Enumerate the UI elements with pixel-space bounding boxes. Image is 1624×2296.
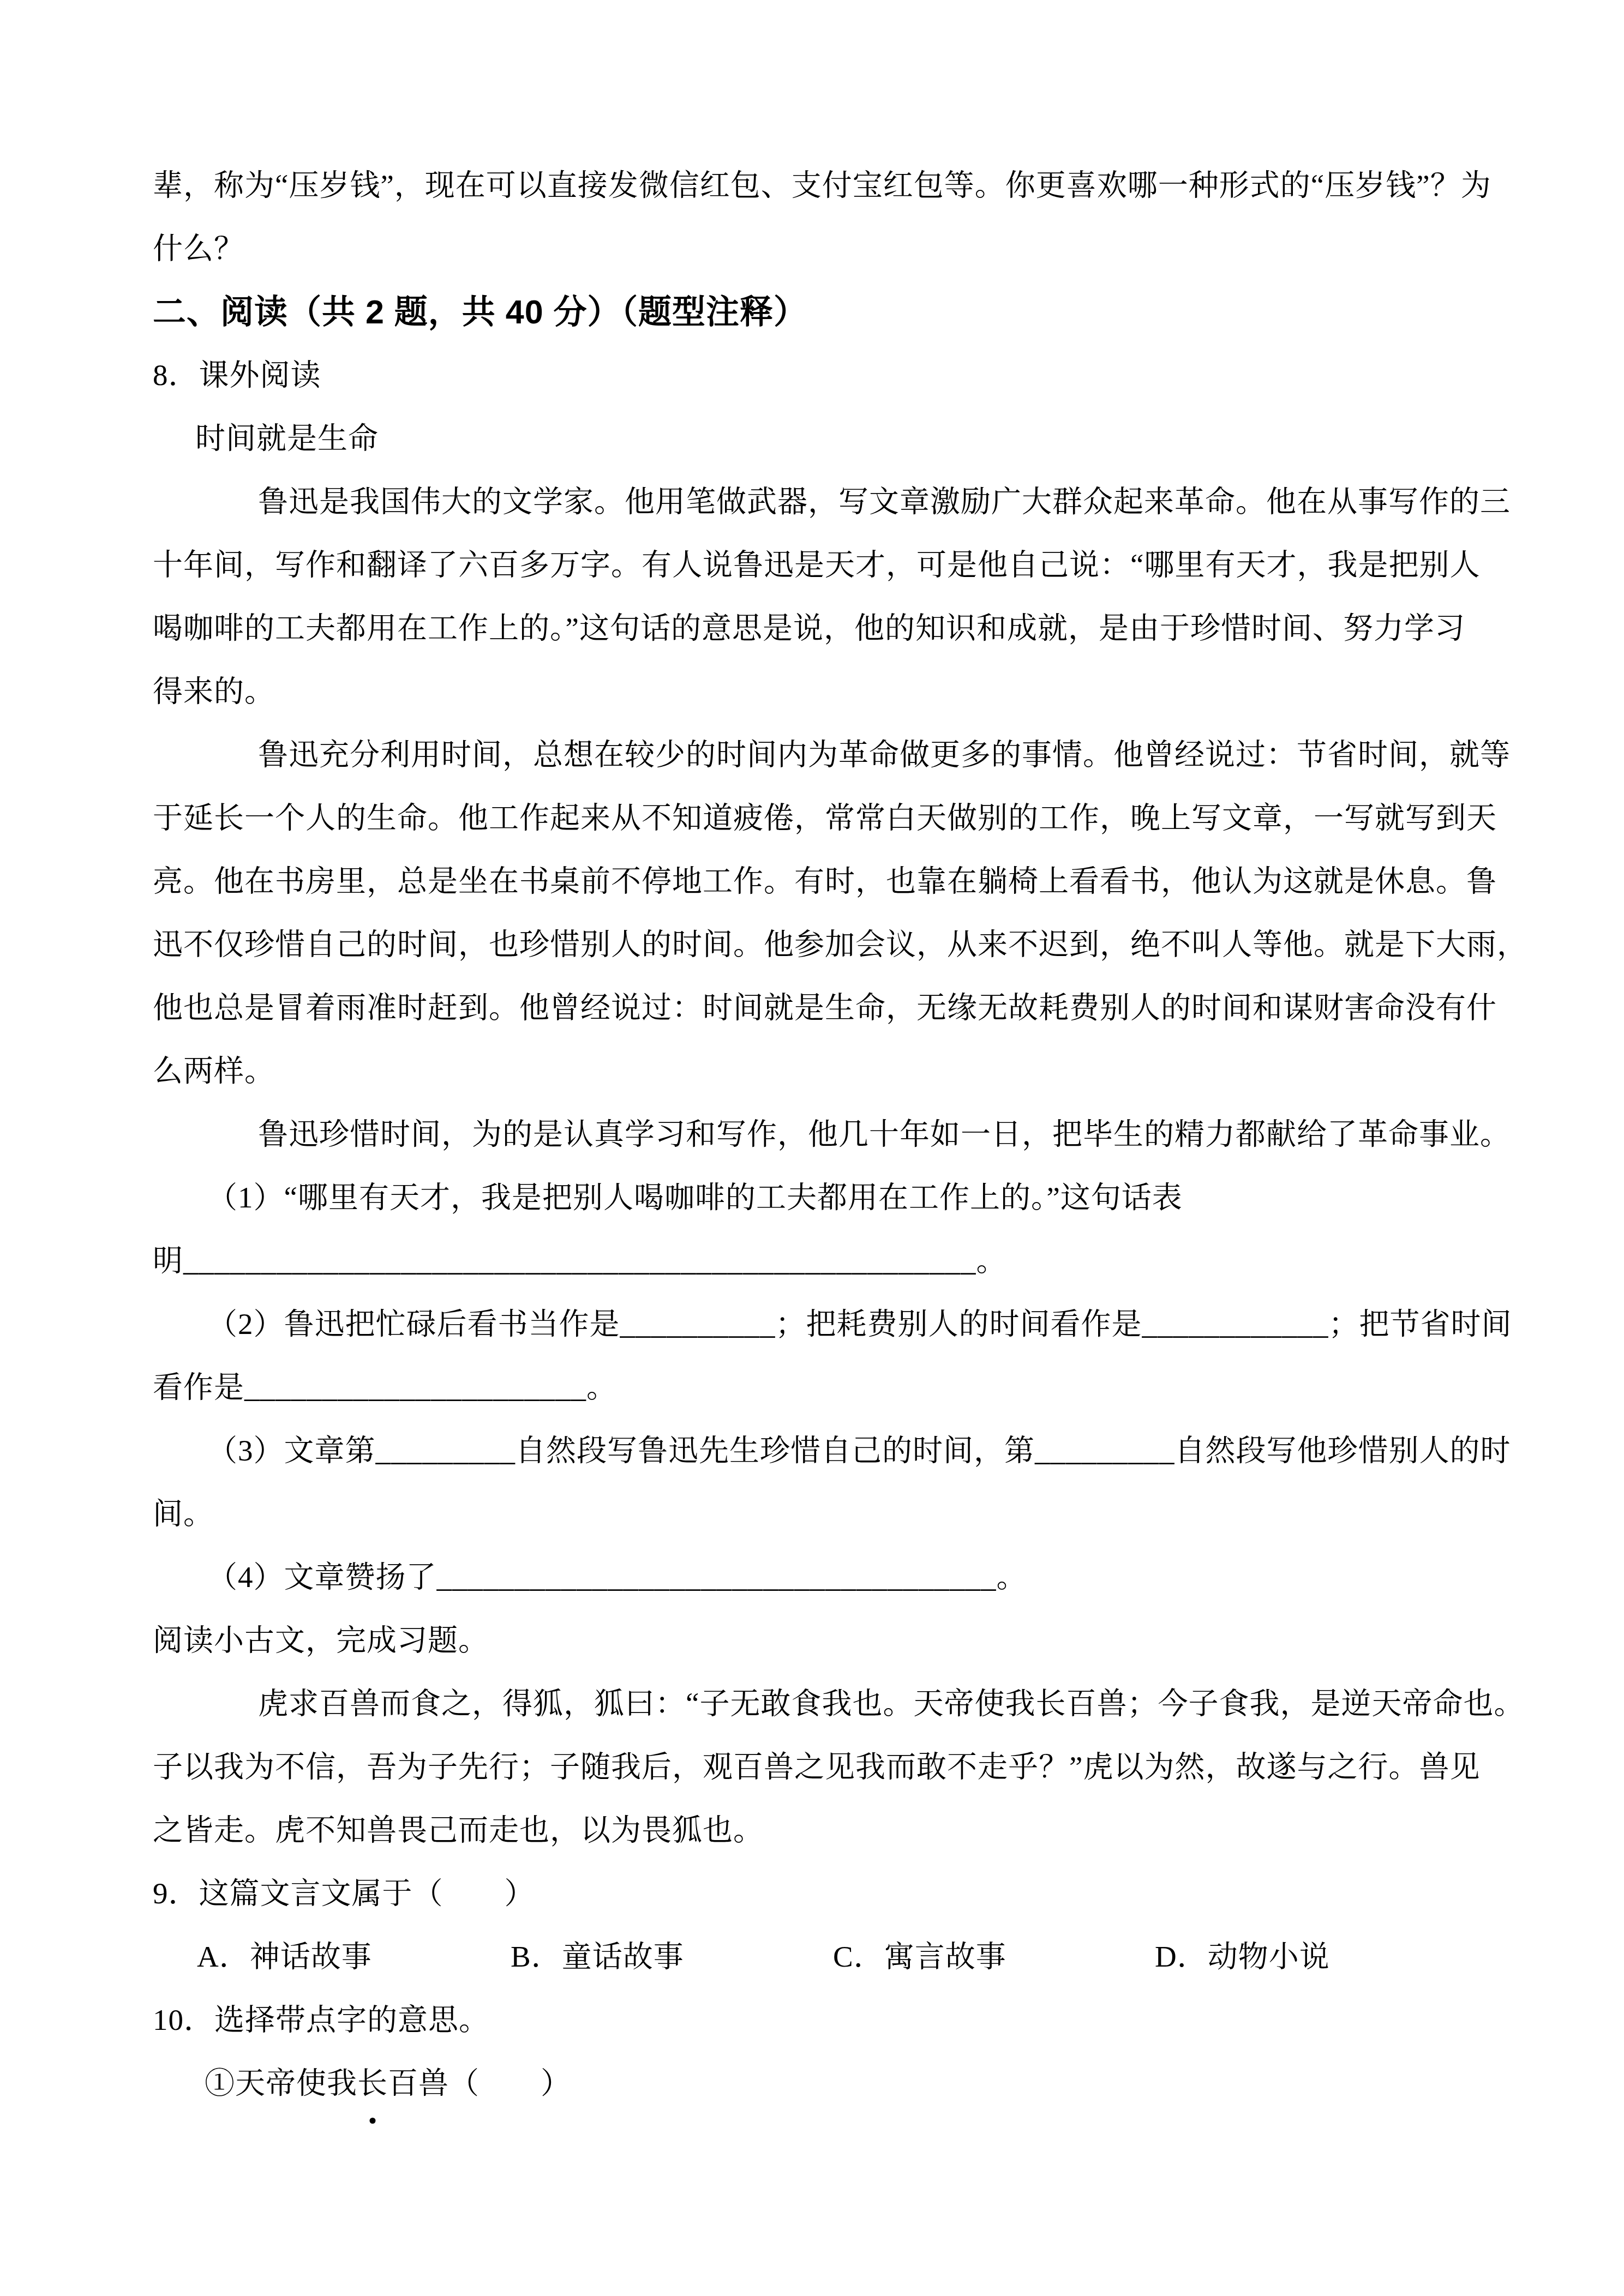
passage-line: 于延长一个人的生命。他工作起来从不知道疲倦，常常白天做别的工作，晚上写文章，一写… [153,786,1500,850]
document-page: 辈，称为“压岁钱”，现在可以直接发微信红包、支付宝红包等。你更喜欢哪一种形式的“… [153,154,1500,2115]
passage-line: 鲁迅充分利用时间，总想在较少的时间内为革命做更多的事情。他曾经说过：节省时间，就… [153,723,1500,786]
classical-passage-line: 虎求百兽而食之，得狐，狐曰：“子无敢食我也。天帝使我长百兽；今子食我，是逆天帝命… [153,1672,1500,1735]
passage-line: 亮。他在书房里，总是坐在书桌前不停地工作。有时，也靠在躺椅上看看书，他认为这就是… [153,850,1500,913]
question-2-line: （2）鲁迅把忙碌后看书当作是__________；把耗费别人的时间看作是____… [153,1293,1500,1356]
item-text-suffix: 百兽（ ） [388,2066,571,2100]
option-c: C．寓言故事 [833,1925,1006,1988]
intro-text-line: 什么？ [153,217,1500,280]
intro-text-line: 辈，称为“压岁钱”，现在可以直接发微信红包、支付宝红包等。你更喜欢哪一种形式的“… [153,154,1500,217]
option-a: A．神话故事 [197,1925,372,1988]
question-3-line: （3）文章第_________自然段写鲁迅先生珍惜自己的时间，第________… [153,1419,1500,1482]
question-10-item-1: ①天帝使我长百兽（ ） [153,2052,1500,2115]
question-8-label: 8．课外阅读 [153,344,1500,407]
passage-line: 他也总是冒着雨准时赶到。他曾经说过：时间就是生命，无缘无故耗费别人的时间和谋财害… [153,976,1500,1039]
option-b: B．童话故事 [511,1925,684,1988]
option-d: D．动物小说 [1155,1925,1330,1988]
question-10-label: 10．选择带点字的意思。 [153,1988,1500,2052]
fill-in-blank-line: 看作是______________________。 [153,1356,1500,1419]
passage-line: 迅不仅珍惜自己的时间，也珍惜别人的时间。他参加会议，从来不迟到，绝不叫人等他。就… [153,913,1500,976]
passage-line: 得来的。 [153,660,1500,723]
passage-line: 十年间，写作和翻译了六百多万字。有人说鲁迅是天才，可是他自己说：“哪里有天才，我… [153,533,1500,597]
classical-passage-line: 之皆走。虎不知兽畏己而走也，以为畏狐也。 [153,1799,1500,1862]
fill-in-blank-line: 明_______________________________________… [153,1229,1500,1293]
section-heading: 二、阅读（共 2 题，共 40 分）（题型注释） [153,280,1500,344]
passage-title: 时间就是生命 [153,407,1500,470]
passage-line: 鲁迅是我国伟大的文学家。他用笔做武器，写文章激励广大群众起来革命。他在从事写作的… [153,470,1500,533]
question-4-line: （4）文章赞扬了________________________________… [153,1546,1500,1609]
emphasized-char: 长 [357,2052,388,2115]
classical-reading-instruction: 阅读小古文，完成习题。 [153,1609,1500,1672]
question-1-line: （1）“哪里有天才，我是把别人喝咖啡的工夫都用在工作上的。”这句话表 [153,1166,1500,1229]
passage-line: 鲁迅珍惜时间，为的是认真学习和写作，他几十年如一日，把毕生的精力都献给了革命事业… [153,1103,1500,1166]
item-text-prefix: ①天帝使我 [205,2066,357,2100]
passage-line: 么两样。 [153,1039,1500,1103]
passage-line: 喝咖啡的工夫都用在工作上的。”这句话的意思是说，他的知识和成就，是由于珍惜时间、… [153,597,1500,660]
question-3-line-tail: 间。 [153,1482,1500,1546]
classical-passage-line: 子以我为不信，吾为子先行；子随我后，观百兽之见我而敢不走乎？”虎以为然，故遂与之… [153,1735,1500,1799]
emphasis-dot [370,2118,376,2124]
emphasized-char-text: 长 [357,2066,388,2100]
question-9-label: 9．这篇文言文属于（ ） [153,1862,1500,1925]
question-9-options: A．神话故事 B．童话故事 C．寓言故事 D．动物小说 [153,1925,1500,1988]
